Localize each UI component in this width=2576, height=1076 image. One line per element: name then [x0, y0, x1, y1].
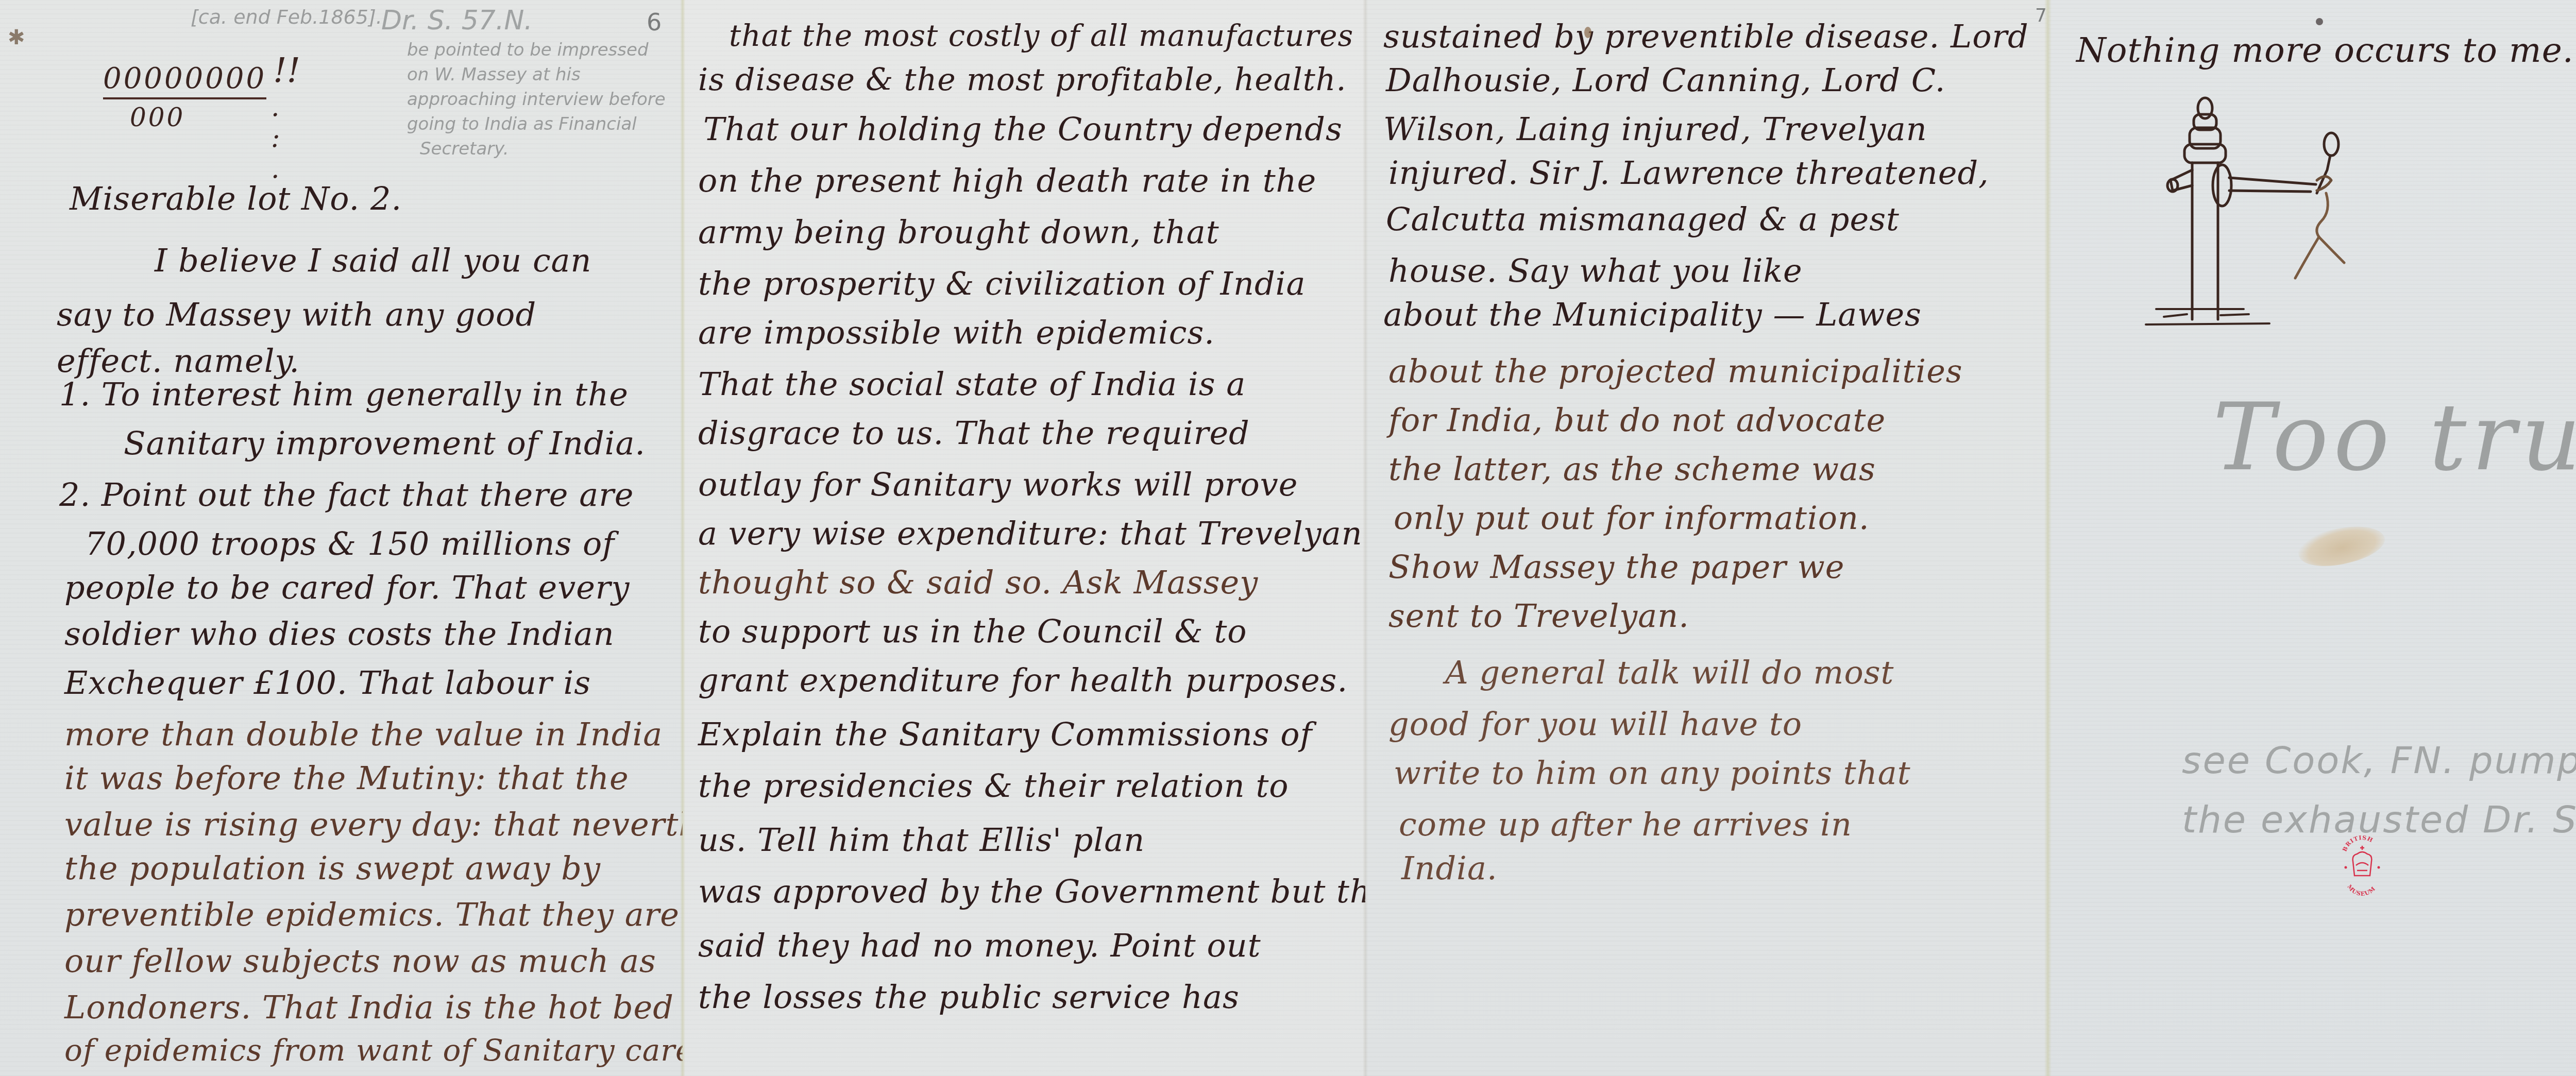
letter-line: disgrace to us. That the required	[698, 417, 1250, 449]
letter-line: That the social state of India is a	[698, 368, 1246, 400]
letter-line: A general talk will do most	[1445, 657, 1894, 689]
letter-line: Calcutta mismanaged & a pest	[1386, 203, 1900, 235]
letter-line: That our holding the Country depends	[703, 113, 1343, 145]
letter-line: Explain the Sanitary Commissions of	[698, 719, 1313, 750]
archival-date-note: [ca. end Feb.1865].	[191, 7, 382, 27]
letter-line: house. Say what you like	[1388, 255, 1803, 287]
letter-line: our fellow subjects now as much as	[64, 945, 656, 977]
letter-line: that the most costly of all manufactures	[729, 21, 1353, 50]
page-panel-2: that the most costly of all manufactures…	[683, 0, 1365, 1076]
closing-heading: Nothing more occurs to me.	[2076, 33, 2574, 67]
page-panel-3: 7 sustained by preventible disease. Lord…	[1365, 0, 2048, 1076]
letter-line: say to Massey with any good	[57, 299, 536, 331]
letter-line: come up after he arrives in	[1399, 809, 1852, 841]
fraction-denominator: 000	[130, 103, 266, 132]
letter-line: Londoners. That India is the hot bed	[64, 992, 674, 1023]
letter-line: more than double the value in India	[64, 719, 663, 750]
letter-line: good for you will have to	[1388, 708, 1802, 740]
page-fold	[2044, 0, 2052, 1076]
manuscript-viewer: ✱ [ca. end Feb.1865]. Dr. S. 57.N. 6 be …	[0, 0, 2576, 1076]
letter-line: write to him on any points that	[1394, 757, 1911, 789]
therefore-dots: . : .	[271, 92, 280, 184]
letter-line: about the Municipality — Lawes	[1383, 299, 1922, 331]
letter-line: is disease & the most profitable, health…	[698, 64, 1347, 95]
letter-line: army being brought down, that	[698, 216, 1219, 248]
letter-line: for India, but do not advocate	[1388, 404, 1886, 436]
margin-note-line: Secretary.	[420, 140, 509, 158]
letter-line: I believe I said all you can	[155, 245, 592, 277]
letter-line: Wilson, Laing injured, Trevelyan	[1383, 113, 1927, 145]
letter-line: 1. To interest him generally in the	[59, 379, 629, 411]
letter-line: are impossible with epidemics.	[698, 317, 1215, 349]
letter-line: on the present high death rate in the	[698, 165, 1316, 197]
letter-line: the population is swept away by	[64, 852, 601, 884]
letter-line: us. Tell him that Ellis' plan	[698, 824, 1145, 856]
letter-line: of epidemics from want of Sanitary care.	[64, 1035, 683, 1065]
letter-line: injured. Sir J. Lawrence threatened,	[1388, 157, 1989, 189]
ink-blot	[1584, 27, 1591, 38]
letter-line: people to be cared for. That every	[64, 572, 630, 604]
folio-number: 6	[647, 8, 662, 36]
fraction-doodle: 00000000 000 !! . : .	[103, 62, 266, 132]
svg-text:BRITISH: BRITISH	[2342, 834, 2374, 852]
letter-line: outlay for Sanitary works will prove	[698, 469, 1298, 501]
margin-note-line: be pointed to be impressed	[407, 41, 649, 59]
letter-line: Dalhousie, Lord Canning, Lord C.	[1386, 64, 1946, 96]
asterisk-mark-icon: ✱	[8, 26, 25, 49]
page-fold	[680, 0, 685, 1076]
letter-line: was approved by the Government but they	[698, 876, 1365, 908]
margin-note-line: going to India as Financial	[407, 115, 637, 133]
letter-line: grant expenditure for health purposes.	[698, 664, 1348, 696]
letter-line: the prosperity & civilization of India	[698, 268, 1306, 300]
archival-reference: Dr. S. 57.N.	[381, 7, 533, 34]
letter-line: the presidencies & their relation to	[698, 770, 1289, 802]
letter-line: about the projected municipalities	[1388, 355, 1963, 387]
letter-line: sent to Trevelyan.	[1388, 600, 1689, 632]
page-panel-1: ✱ [ca. end Feb.1865]. Dr. S. 57.N. 6 be …	[0, 0, 683, 1076]
british-museum-stamp-icon: BRITISH MUSEUM	[2342, 834, 2383, 907]
letter-line: value is rising every day: that neverthe…	[64, 809, 683, 841]
letter-line: preventible epidemics. That they are	[64, 899, 680, 931]
pencil-annotation-large: Too true	[2213, 391, 2576, 484]
page-fold	[1363, 0, 1368, 1076]
pencil-note-line: see Cook, FN. pumping	[2182, 742, 2576, 779]
letter-line: only put out for information.	[1394, 502, 1870, 534]
letter-line: effect. namely.	[57, 345, 300, 377]
letter-line: Show Massey the paper we	[1388, 551, 1844, 583]
letter-line: 70,000 troops & 150 millions of	[85, 528, 615, 560]
svg-text:MUSEUM: MUSEUM	[2346, 883, 2377, 897]
exclamation-marks: !!	[273, 50, 300, 90]
letter-line: 2. Point out the fact that there are	[59, 479, 634, 511]
letter-line: thought so & said so. Ask Massey	[698, 567, 1258, 599]
letter-line: soldier who dies costs the Indian	[64, 618, 615, 650]
letter-line: Miserable lot No. 2.	[70, 183, 402, 215]
margin-note-line: approaching interview before	[407, 91, 666, 108]
letter-line: said they had no money. Point out	[698, 930, 1261, 962]
letter-line: the losses the public service has	[698, 981, 1240, 1013]
letter-line: to support us in the Council & to	[698, 616, 1247, 647]
letter-line: a very wise expenditure: that Trevelyan	[698, 518, 1363, 550]
letter-line: the latter, as the scheme was	[1388, 453, 1876, 485]
letter-line: Exchequer £100. That labour is	[64, 667, 591, 699]
letter-line: it was before the Mutiny: that the	[64, 762, 629, 794]
pencil-note-line: the exhausted Dr. S,	[2182, 801, 2576, 838]
letter-line: sustained by preventible disease. Lord	[1383, 21, 2029, 53]
fraction-numerator: 00000000	[103, 62, 266, 99]
margin-note-line: on W. Massey at his	[407, 66, 581, 83]
letter-line: India.	[1401, 852, 1498, 884]
letter-line: Sanitary improvement of India.	[124, 428, 646, 459]
pump-sketch-icon	[2115, 82, 2357, 330]
ink-blot	[2316, 18, 2323, 25]
